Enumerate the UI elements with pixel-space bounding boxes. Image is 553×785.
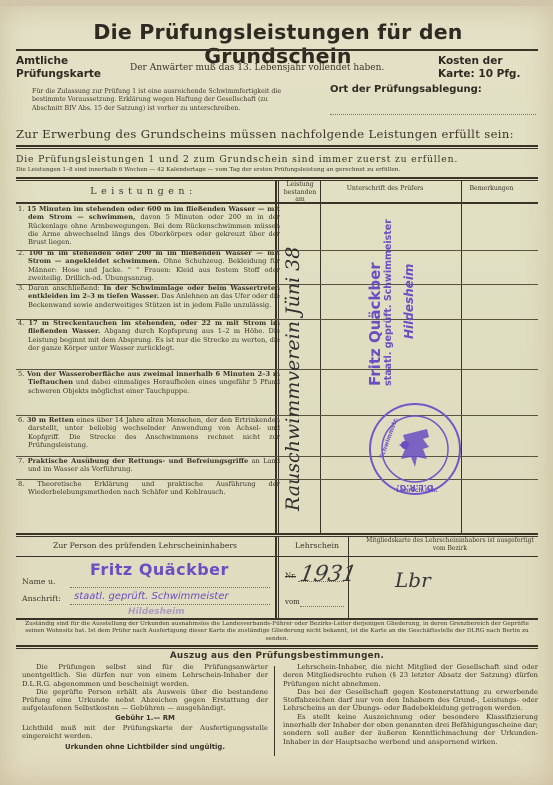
address-field[interactable] — [70, 604, 270, 605]
excerpt-paragraph: Es stellt keine Auszeichnung oder besond… — [283, 713, 538, 746]
column-divider — [320, 180, 321, 533]
divider — [16, 556, 538, 557]
requirement-item: 4. 17 m Streckentauchen im stehenden, od… — [18, 319, 280, 352]
cost-line1: Kosten der — [438, 55, 520, 68]
column-header-examiner-signature: Unterschrift des Prüfers — [325, 185, 445, 193]
column-header-remarks: Bemerkungen — [445, 185, 538, 193]
title-underline — [16, 49, 538, 51]
license-from-field[interactable] — [300, 606, 344, 607]
header-rule — [16, 202, 538, 204]
table-bottom-rule — [16, 533, 538, 535]
row-divider — [16, 319, 538, 320]
row-divider — [16, 250, 538, 251]
row-divider — [16, 284, 538, 285]
examiner-stamp-city: Hildesheim — [402, 264, 416, 339]
timeframe-note: Die Leistungen 1–8 sind innerhalb 6 Woch… — [16, 167, 538, 173]
examiner-section-label: Zur Person des prüfenden Lehrscheininhab… — [16, 541, 274, 550]
license-label: Lehrschein — [282, 541, 352, 550]
divider — [16, 177, 538, 179]
requirement-item: 2. 100 m im stehenden oder 200 m im flie… — [18, 249, 280, 282]
divider — [16, 648, 538, 649]
column-divider — [275, 537, 277, 619]
examiner-name-stamp: Fritz Quäckber — [90, 560, 229, 579]
address-label: Anschrift: — [22, 594, 61, 603]
cost-line2: Karte: 10 Pfg. — [438, 68, 520, 81]
name-field[interactable] — [70, 587, 270, 588]
excerpt-paragraph: Die geprüfte Person erhält als Ausweis ü… — [22, 688, 268, 713]
fee-amount: Gebühr 1.— RM — [22, 714, 268, 722]
column-header-leistungen: Leistungen: — [16, 186, 271, 197]
requirement-item: 3. Daran anschließend: In der Schwimmlag… — [18, 284, 280, 309]
membership-label: Mitgliedskarte des Lehrscheininhabers is… — [362, 537, 538, 552]
place-of-exam-field[interactable] — [330, 114, 536, 115]
requirement-item: 1. 15 Minuten im stehenden oder 600 m im… — [18, 205, 280, 246]
card-type-line2: Prüfungskarte — [16, 68, 101, 81]
divider — [16, 618, 538, 620]
divider — [16, 180, 538, 181]
examiner-stamp-title: staatl. geprüft. Schwimmeister — [383, 219, 394, 386]
license-nr-label: Nr. — [285, 572, 296, 580]
divider — [16, 645, 538, 647]
requirements-intro: Zur Erwerbung des Grundscheins müssen na… — [16, 127, 536, 141]
name-label: Name u. — [22, 577, 55, 586]
card-cost: Kosten der Karte: 10 Pfg. — [438, 55, 520, 80]
order-note: Die Prüfungsleistungen 1 und 2 zum Grund… — [16, 154, 538, 165]
excerpt-right-column: Lehrschein-Inhaber, die nicht Mitglied d… — [283, 663, 538, 746]
divider — [16, 145, 538, 147]
requirement-item: 5. Von der Wasseroberfläche aus zweimal … — [18, 370, 280, 395]
excerpt-paragraph: Lehrschein-Inhaber, die nicht Mitglied d… — [283, 663, 538, 688]
excerpt-paragraph: Die Prüfungen selbst sind für die Prüfun… — [22, 663, 268, 688]
requirement-item: 7. Praktische Ausübung der Rettungs- und… — [18, 457, 280, 474]
requirement-item: 6. 30 m Retten eines über 14 Jahre alten… — [18, 416, 280, 449]
license-from-label: vom — [285, 598, 300, 606]
age-requirement: Der Anwärter muß das 13. Lebensjahr voll… — [130, 63, 384, 73]
responsibility-note: Zuständig sind für die Ausstellung der U… — [18, 621, 536, 643]
dlrg-round-seal-icon: D.L.R.G. Schwimmstr. Lehrsch.Inh. — [365, 399, 465, 499]
license-nr-value: 1931 — [298, 562, 358, 587]
handwritten-passed-date: Rauschwimmverein Jüni 38 — [282, 181, 304, 511]
membership-district-value: Lbr — [395, 568, 431, 592]
divider — [16, 148, 538, 149]
card-type-label: Amtliche Prüfungskarte — [16, 55, 101, 80]
row-divider — [16, 369, 538, 370]
svg-text:Lehrsch.Inh.: Lehrsch.Inh. — [396, 487, 438, 494]
excerpt-paragraph: Lichtbild muß mit der Prüfungskarte der … — [22, 724, 268, 741]
column-divider — [274, 666, 275, 756]
examiner-city-stamp: Hildesheim — [128, 607, 185, 617]
svg-text:Schwimmstr.: Schwimmstr. — [378, 417, 399, 460]
exam-card: Die Prüfungsleistungen für den Grundsche… — [0, 6, 553, 785]
card-type-line1: Amtliche — [16, 55, 101, 68]
admission-note: Für die Zulassung zur Prüfung 1 ist eine… — [32, 88, 294, 113]
excerpt-left-column: Die Prüfungen selbst sind für die Prüfun… — [22, 663, 268, 751]
examiner-stamp-name: Fritz Quäckber — [366, 262, 384, 386]
column-divider — [278, 537, 279, 619]
excerpt-paragraph: Das bei der Gesellschaft gegen Kosteners… — [283, 688, 538, 713]
examiner-address-stamp: staatl. geprüft. Schwimmeister — [74, 591, 229, 602]
requirement-item: 8. Theoretische Erklärung und praktische… — [18, 480, 280, 497]
place-of-exam-label: Ort der Prüfungsablegung: — [330, 84, 482, 95]
photo-warning: Urkunden ohne Lichtbilder sind ungültig. — [22, 743, 268, 751]
excerpt-title: Auszug aus den Prüfungsbestimmungen. — [16, 651, 538, 661]
